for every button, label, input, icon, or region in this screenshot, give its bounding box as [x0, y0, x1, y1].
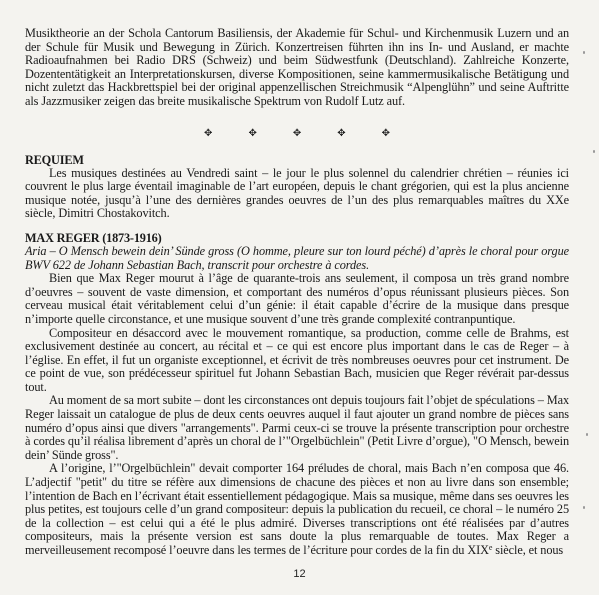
- ornament-icon: ✥: [202, 128, 214, 140]
- intro-paragraph: Musiktheorie an der Schola Cantorum Basi…: [25, 27, 569, 109]
- reger-heading: MAX REGER (1873-1916): [25, 231, 569, 245]
- booklet-page: Musiktheorie an der Schola Cantorum Basi…: [25, 27, 569, 558]
- reger-paragraph-4: A l’origine, l’"Orgelbüchlein" devait co…: [25, 462, 569, 557]
- scan-speck: [593, 150, 595, 153]
- scan-speck: [583, 51, 585, 54]
- ornament-icon: ✥: [291, 128, 303, 140]
- requiem-paragraph: Les musiques destinées au Vendredi saint…: [25, 167, 569, 221]
- ornament-icon: ✥: [247, 128, 259, 140]
- page-number: 12: [0, 568, 599, 580]
- ornament-icon: ✥: [380, 128, 392, 140]
- section-divider-ornaments: ✥ ✥ ✥ ✥ ✥: [25, 128, 569, 140]
- reger-paragraph-3: Au moment de sa mort subite – dont les c…: [25, 394, 569, 462]
- reger-paragraph-2: Compositeur en désaccord avec le mouveme…: [25, 327, 569, 395]
- reger-paragraph-1: Bien que Max Reger mourut à l’âge de qua…: [25, 272, 569, 326]
- reger-work-subtitle: Aria – O Mensch bewein dein’ Sünde gross…: [25, 245, 569, 272]
- section-gap: [25, 221, 569, 231]
- reger-paragraph-4-tail: siècle, et nous: [492, 543, 563, 557]
- scan-speck: [586, 433, 588, 436]
- scan-speck: [583, 506, 585, 509]
- ornament-icon: ✥: [335, 128, 347, 140]
- century-roman: XIX: [467, 543, 489, 557]
- requiem-heading: REQUIEM: [25, 153, 569, 167]
